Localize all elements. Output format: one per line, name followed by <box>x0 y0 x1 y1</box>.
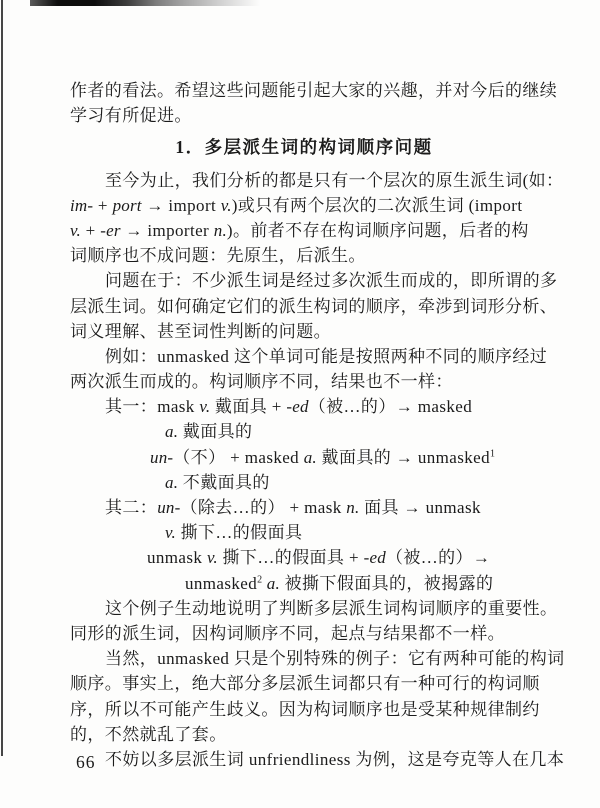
text-segment: -er <box>100 221 120 240</box>
text-line: 至今为止，我们分析的都是只有一个层次的原生派生词(如： <box>70 168 538 193</box>
text-column: 作者的看法。希望这些问题能引起大家的兴趣，并对今后的继续学习有所促进。1．多层派… <box>70 78 538 772</box>
text-line: a. 戴面具的 <box>70 419 538 444</box>
text-segment: a. <box>304 448 317 467</box>
text-segment: （不） + masked <box>173 448 303 467</box>
text-segment: → import <box>142 196 221 215</box>
text-segment: n. <box>346 498 359 517</box>
text-line: v. 撕下…的假面具 <box>70 520 538 545</box>
text-segment: 作者的看法。希望这些问题能引起大家的兴趣，并对今后的继续 <box>70 81 557 100</box>
text-segment: 当然，unmasked 只是个别特殊的例子：它有两种可能的构词 <box>105 649 565 668</box>
text-segment: a. <box>165 422 178 441</box>
text-segment: 顺序。事实上，绝大部分多层派生词都只有一种可行的构词顺 <box>70 674 540 693</box>
text-line: 序，所以不可能产生歧义。因为构词顺序也是受某种规律制约 <box>70 697 538 722</box>
text-segment: 两次派生而成的。构词顺序不同，结果也不一样： <box>70 372 453 391</box>
text-line: 不妨以多层派生词 unfriendliness 为例，这是夸克等人在几本 <box>70 747 538 772</box>
text-line: 的，不然就乱了套。 <box>70 722 538 747</box>
text-segment: 问题在于：不少派生词是经过多次派生而成的，即所谓的多 <box>105 271 557 290</box>
scan-edge-left <box>1 0 3 756</box>
text-segment: v. <box>199 397 210 416</box>
text-segment: + <box>81 221 100 240</box>
text-segment: v. <box>221 196 232 215</box>
text-segment: （被…的）→ masked <box>309 397 472 416</box>
text-segment: 撕下…的假面具 + <box>218 548 364 567</box>
text-segment: n. <box>214 221 227 240</box>
text-segment: 面具 → unmask <box>359 498 480 517</box>
scanned-page: 作者的看法。希望这些问题能引起大家的兴趣，并对今后的继续学习有所促进。1．多层派… <box>0 0 600 808</box>
text-segment: v. <box>70 221 81 240</box>
text-segment: （被…的）→ <box>386 548 490 567</box>
text-line: 词义理解、甚至词性判断的问题。 <box>70 319 538 344</box>
text-segment: 被撕下假面具的，被揭露的 <box>280 574 493 593</box>
text-line: un-（不） + masked a. 戴面具的 → unmasked1 <box>70 445 538 470</box>
text-line: 例如：unmasked 这个单词可能是按照两种不同的顺序经过 <box>70 344 538 369</box>
text-segment: unmasked <box>185 574 257 593</box>
text-line: unmasked2 a. 被撕下假面具的，被揭露的 <box>70 571 538 596</box>
text-segment: un- <box>157 498 180 517</box>
text-segment: v. <box>165 523 176 542</box>
text-line: 其二：un-（除去…的） + mask n. 面具 → unmask <box>70 495 538 520</box>
text-line: a. 不戴面具的 <box>70 470 538 495</box>
text-line: 顺序。事实上，绝大部分多层派生词都只有一种可行的构词顺 <box>70 671 538 696</box>
text-segment: 1．多层派生词的构词顺序问题 <box>175 137 432 157</box>
text-segment: 戴面具 + <box>210 397 286 416</box>
text-segment: 不妨以多层派生词 unfriendliness 为例，这是夸克等人在几本 <box>105 750 564 769</box>
text-line: 问题在于：不少派生词是经过多次派生而成的，即所谓的多 <box>70 268 538 293</box>
text-segment: )。前者不存在构词顺序问题，后者的构 <box>227 221 529 240</box>
text-segment: 戴面具的 <box>178 422 252 441</box>
text-line: 作者的看法。希望这些问题能引起大家的兴趣，并对今后的继续 <box>70 78 538 103</box>
text-segment: -ed <box>286 397 308 416</box>
text-segment: 其二： <box>105 498 157 517</box>
text-segment: 不戴面具的 <box>178 473 270 492</box>
text-line: 学习有所促进。 <box>70 103 538 128</box>
text-segment: v. <box>207 548 218 567</box>
scan-smudge-top <box>30 0 260 6</box>
text-segment: 序，所以不可能产生歧义。因为构词顺序也是受某种规律制约 <box>70 700 540 719</box>
text-segment: 词顺序也不成问题：先原生，后派生。 <box>70 246 366 265</box>
text-line: 这个例子生动地说明了判断多层派生词构词顺序的重要性。 <box>70 596 538 621</box>
text-segment: un- <box>150 448 173 467</box>
text-segment: 至今为止，我们分析的都是只有一个层次的原生派生词(如： <box>105 171 563 190</box>
text-line: 同形的派生词，因构词顺序不同，起点与结果都不一样。 <box>70 621 538 646</box>
text-line: 其一：mask v. 戴面具 + -ed（被…的）→ masked <box>70 394 538 419</box>
text-segment: （除去…的） + mask <box>180 498 346 517</box>
text-line: im- + port → import v.)或只有两个层次的二次派生词 (im… <box>70 193 538 218</box>
text-segment: 学习有所促进。 <box>70 106 192 125</box>
text-line: 层派生词。如何确定它们的派生构词的顺序，牵涉到词形分析、 <box>70 294 538 319</box>
superscript-index: 1 <box>490 448 495 459</box>
text-segment: 词义理解、甚至词性判断的问题。 <box>70 322 331 341</box>
text-segment: 这个例子生动地说明了判断多层派生词构词顺序的重要性。 <box>105 599 557 618</box>
text-segment: → importer <box>121 221 214 240</box>
text-segment: unmask <box>147 548 207 567</box>
text-segment: 其一：mask <box>105 397 199 416</box>
text-segment: 撕下…的假面具 <box>176 523 302 542</box>
text-segment: 同形的派生词，因构词顺序不同，起点与结果都不一样。 <box>70 624 505 643</box>
text-line: v. + -er → importer n.)。前者不存在构词顺序问题，后者的构 <box>70 218 538 243</box>
text-segment: im- <box>70 196 93 215</box>
section-heading: 1．多层派生词的构词顺序问题 <box>70 135 538 160</box>
text-line: 词顺序也不成问题：先原生，后派生。 <box>70 243 538 268</box>
text-segment: 层派生词。如何确定它们的派生构词的顺序，牵涉到词形分析、 <box>70 297 557 316</box>
text-segment: a. <box>165 473 178 492</box>
text-segment: 例如：unmasked 这个单词可能是按照两种不同的顺序经过 <box>105 347 547 366</box>
text-line: 两次派生而成的。构词顺序不同，结果也不一样： <box>70 369 538 394</box>
text-segment: + <box>93 196 112 215</box>
text-segment: )或只有两个层次的二次派生词 (import <box>232 196 523 215</box>
text-segment: a. <box>267 574 280 593</box>
text-segment: 的，不然就乱了套。 <box>70 725 227 744</box>
text-line: 当然，unmasked 只是个别特殊的例子：它有两种可能的构词 <box>70 646 538 671</box>
text-segment: -ed <box>364 548 386 567</box>
text-segment: 戴面具的 → unmasked <box>317 448 490 467</box>
text-segment: port <box>113 196 142 215</box>
text-line: unmask v. 撕下…的假面具 + -ed（被…的）→ <box>70 545 538 570</box>
page-number: 66 <box>76 752 96 773</box>
